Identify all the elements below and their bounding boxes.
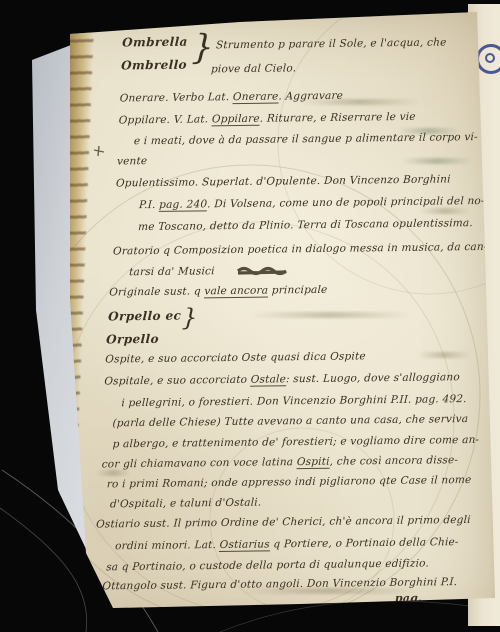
underlined-term: Ostale [250, 373, 286, 386]
manuscript-line: P.I. pag. 240. Di Volsena, come uno de p… [139, 195, 485, 211]
entry-brace: } [191, 27, 215, 67]
manuscript-line: Strumento p parare il Sole, e l'acqua, c… [216, 37, 447, 52]
manuscript-line: vente [117, 155, 148, 167]
manuscript-text: . Di Volsena, come uno de popoli princip… [207, 195, 485, 210]
underlined-term: pag. 240 [159, 198, 208, 212]
manuscript-text: i pellegrini, o forestieri. Don Vincenzi… [121, 393, 467, 409]
manuscript-text: , che così ancora disse- [329, 454, 458, 468]
underlined-term: Onerare [233, 91, 279, 105]
manuscript-text: Orpello [106, 332, 159, 347]
manuscript-text: p albergo, e trattenimento de' forestier… [112, 434, 479, 450]
library-stamp-icon [476, 44, 500, 74]
manuscript-text: me Toscano, detto da Plinio. Terra di To… [138, 217, 473, 233]
manuscript-text: e i meati, dove à da passare il sangue p… [134, 131, 479, 147]
manuscript-text: Ombrella [122, 35, 188, 50]
underlined-term: Ostiarius [219, 538, 270, 552]
manuscript-text: cor gli chiamavano con voce latina [101, 456, 297, 470]
manuscript-text: . Riturare, e Riserrare le vie [260, 111, 416, 125]
manuscript-line: Orpello ec [108, 309, 182, 324]
manuscript-text: piove dal Cielo. [211, 62, 297, 75]
manuscript-text: sa q Portinaio, o custode della porta di… [106, 557, 429, 573]
manuscript-text: Ostiario sust. Il primo Ordine de' Cheri… [96, 514, 471, 531]
manuscript-text: q Portiere, o Portinaio della Chie- [270, 536, 459, 550]
manuscript-text: principale [268, 284, 328, 297]
manuscript-text: Ombrello [121, 58, 187, 73]
manuscript-line: e i meati, dove à da passare il sangue p… [134, 131, 479, 147]
manuscript-line: Originale sust. q vale ancora principale [109, 284, 328, 299]
manuscript-line: sa q Portinaio, o custode della porta di… [106, 557, 429, 573]
manuscript-line: Ombrello [121, 58, 187, 73]
manuscript-line: tarsi da' Musici [129, 265, 215, 278]
manuscript-line: p albergo, e trattenimento de' forestier… [112, 434, 479, 450]
manuscript-line: Ombrella [122, 35, 188, 50]
underlined-term: Ospiti [297, 456, 330, 469]
manuscript-line: piove dal Cielo. [211, 62, 297, 75]
manuscript-line: Ospitale, e suo accorciato Ostale: sust.… [104, 371, 460, 387]
manuscript-text: Oratorio q Composizion poetica in dialog… [113, 241, 488, 258]
manuscript-text: (parla delle Chiese) Tutte avevano a can… [112, 413, 468, 429]
manuscript-text: vente [117, 155, 148, 167]
manuscript-line: Opulentissimo. Superlat. d'Opulente. Don… [116, 173, 451, 189]
manuscript-text: Ospitale, e suo accorciato [104, 374, 251, 388]
manuscript-line: ordini minori. Lat. Ostiarius q Portiere… [115, 536, 459, 552]
entry-brace: } [182, 303, 199, 331]
manuscript-line: Onerare. Verbo Lat. Onerare. Aggravare [119, 90, 343, 105]
manuscript-line: Oppilare. V. Lat. Oppilare. Riturare, e … [118, 111, 415, 127]
manuscript-line: i pellegrini, o forestieri. Don Vincenzi… [121, 393, 467, 409]
manuscript-line: (parla delle Chiese) Tutte avevano a can… [112, 413, 468, 429]
manuscript-text: ro i primi Romani; onde appresso indi pi… [107, 474, 472, 490]
manuscript-text: Oppilare. V. Lat. [118, 113, 212, 126]
manuscript-text: Ospite, e suo accorciato Oste quasi dica… [105, 350, 366, 365]
manuscript-line: Ostiario sust. Il primo Ordine de' Cheri… [96, 514, 471, 531]
manuscript-text: Onerare. Verbo Lat. [119, 91, 233, 104]
manuscript-line: Ospite, e suo accorciato Oste quasi dica… [105, 350, 366, 365]
manuscript-text: Ottangolo sust. Figura d'otto angoli. Do… [102, 576, 457, 592]
manuscript-line: ro i primi Romani; onde appresso indi pi… [107, 474, 472, 490]
manuscript-line: d'Ospitali, e taluni d'Ostali. [110, 497, 262, 511]
manuscript-line: Oratorio q Composizion poetica in dialog… [113, 241, 488, 258]
manuscript-text: tarsi da' Musici [129, 265, 215, 278]
manuscript-text: : sust. Luogo, dove s'alloggiano [286, 371, 460, 385]
underlined-term: Oppilare [212, 113, 260, 127]
manuscript-text: Orpello ec [108, 309, 182, 324]
manuscript-text: d'Ospitali, e taluni d'Ostali. [110, 497, 262, 511]
manuscript-text: P.I. [139, 199, 160, 211]
manuscript-line: Orpello [106, 332, 159, 347]
manuscript-text: Originale sust. q [109, 285, 205, 298]
manuscript-line: cor gli chiamavano con voce latina Ospit… [101, 454, 458, 470]
manuscript-line: me Toscano, detto da Plinio. Terra di To… [138, 217, 473, 233]
manuscript-text: Strumento p parare il Sole, e l'acqua, c… [216, 37, 447, 52]
manuscript-line: Ottangolo sust. Figura d'otto angoli. Do… [102, 576, 457, 592]
manuscript-text: . Aggravare [278, 90, 343, 103]
underlined-term: vale ancora [204, 285, 268, 299]
manuscript-text: Opulentissimo. Superlat. d'Opulente. Don… [116, 173, 451, 189]
manuscript-text: ordini minori. Lat. [115, 539, 220, 552]
manuscript-photo: Ombrella Ombrello } Strumento p parare i… [0, 0, 500, 632]
